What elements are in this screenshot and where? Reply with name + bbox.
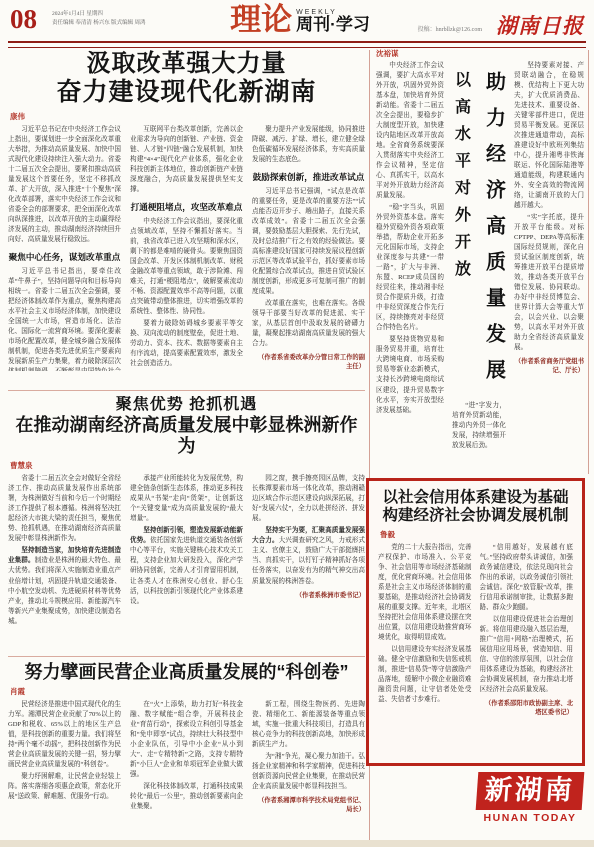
article4-author: 肖霞 — [10, 686, 365, 697]
body-paragraph: 习近平总书记在中央经济工作会议上指出，要谋划进一步全面深化改革重大举措，为推动高… — [8, 125, 121, 245]
article2-headline-column: 以高水平对外开放 助力经济高质量发展 “进”字发力，培育外贸新动能，推动内外贸一… — [452, 61, 506, 469]
body-paragraph: 承接产业所能转化为发展优势，构建全链条创新生态体系，推动更多科技成果从“书架”走… — [130, 474, 243, 524]
body-paragraph: 以信用建设促进社会治理创新。将信用建设融入基层治理，推广“信用+网格”治理模式，… — [480, 615, 574, 695]
body-paragraph: 中央经济工作会议指出，要深化重点领域改革，坚持不懈抓好落实。当前，我省改革已进入… — [130, 217, 243, 317]
body-paragraph: 坚持要素对接、产贸联动融合，在稳规模、优结构上下更大功夫，扩大优质消费品、先进技… — [514, 61, 584, 211]
author-attribution: （作者系株洲市委书记） — [252, 590, 365, 599]
body-paragraph: 深化科技体制改革，打通科技成果转化“最后一公里”，推动创新要素向企业集聚。 — [130, 782, 243, 812]
masthead: 理论 WEEKLY 周刊·学习 — [200, 4, 400, 35]
body-paragraph: 民营经济是推进中国式现代化的生力军。湘潭民营企业贡献了70%以上的GDP和税收、… — [8, 700, 121, 770]
section-divider — [8, 656, 365, 657]
article4-column-1: 民营经济是推进中国式现代化的生力军。湘潭民营企业贡献了70%以上的GDP和税收、… — [8, 700, 121, 838]
submission-email: 投稿：hnrbllzk@126.com — [418, 24, 482, 33]
newspaper-logo: 湖南日报 — [496, 10, 584, 40]
author-attribution: （作者系湘潭市科学技术局党组书记、局长） — [252, 795, 365, 813]
article3-column-3: 园之窗，携手擦亮园区品牌，支持长株潭要素市场一体化改革，推动湘赣边区域合作示范区… — [252, 474, 365, 652]
body-paragraph: 坚持实干为要，汇聚高质量发展强大合力。大兴调查研究之风，力戒形式主义、官僚主义，… — [252, 526, 365, 586]
article3-title-line1: 聚焦优势 抢抓机遇 — [8, 396, 365, 415]
article4-column-2: 在“火”上添柴，助力打好“科技金融、数字赋能”组合拳，开展科技企业“育苗行动”，… — [130, 700, 243, 838]
article-social-credit-boxed: 以社会信用体系建设为基础 构建经济社会协调发展机制 鲁毅 党的二十大报告指出，完… — [366, 478, 585, 766]
article3-title-line2: 在推动湖南经济高质量发展中彰显株洲新作为 — [8, 415, 365, 457]
article1-column-2: 互联网平台类改革创新，完善以企业需求为导向的创新链、产业链、资金链、人才链“四链… — [130, 125, 243, 371]
body-paragraph: 习近平总书记强调，“试点是改革的重要任务，更是改革的重要方法”“试点能否迈开步子… — [252, 187, 365, 297]
body-paragraph: 在“火”上添柴，助力打好“科技金融、数字赋能”组合拳，开展科技企业“育苗行动”，… — [130, 700, 243, 780]
section-divider — [8, 390, 365, 391]
article2-author: 沈裕谋 — [376, 48, 584, 59]
body-paragraph: 聚力纾困解难，让民营企业轻装上阵。落实落细各项惠企政策，常态化开展“送政策、解难… — [8, 772, 121, 802]
page-number: 08 — [10, 6, 37, 33]
article1-author: 康伟 — [10, 111, 365, 122]
section-subhead: 打通梗阻堵点，攻坚改革难点 — [130, 201, 243, 213]
article2-vertical-title: 以高水平对外开放 助力经济高质量发展 — [450, 61, 509, 395]
issue-date: 2024年1月4日 星期四 — [52, 10, 146, 19]
body-paragraph: 省委十二届五次全会对做好全省经济工作、推动高质量发展作出系统部署，为株洲做好当前… — [8, 474, 121, 544]
article-zhuzhou: 聚焦优势 抢抓机遇 在推动湖南经济高质量发展中彰显株洲新作为 曹慧泉 省委十二届… — [8, 396, 365, 652]
body-paragraph: 习近平总书记指出，要牵住改革“牛鼻子”，坚持问题导向和目标导向相统一。省委十二届… — [8, 267, 121, 371]
article-reform-strength: 汲取改革强大力量 奋力建设现代化新湖南 康伟 习近平总书记在中央经济工作会议上指… — [8, 50, 365, 388]
hunan-today-label: HUNAN TODAY — [472, 812, 588, 824]
new-hunan-logo: 新湖南 — [476, 772, 585, 810]
article2-title-part2: 助力经济高质量发展 — [480, 71, 509, 395]
article2-column-left: 中央经济工作会议强调，要扩大高水平对外开放，巩固外贸外资基本盘，加快培育外贸新动… — [376, 61, 444, 469]
author-attribution: （作者系省委改革办分管日常工作的副主任） — [252, 352, 365, 370]
body-paragraph: 改革重在落实，也难在落实。各级领导干部要当好改革的促进派、实干家，从基层首创中汲… — [252, 299, 365, 349]
body-paragraph: “实”字托底，提升开放平台能级。对标CPTPP、DEPA等高标准国际经贸规则，深… — [514, 213, 584, 353]
author-attribution: （作者系省商务厅党组书记、厅长） — [514, 356, 584, 374]
article5-author: 鲁毅 — [380, 529, 573, 540]
body-paragraph: 坚持制造当家，加快培育先进制造业集群。制造业是株洲的最大特色、最大优势。我们将深… — [8, 546, 121, 626]
date-editors-block: 2024年1月4日 星期四 责任编辑 奉清清 杨兴东 版式编辑 周鸿 — [52, 10, 146, 29]
body-paragraph: 要着力破除妨碍城乡要素平等交换、双向流动的制度壁垒，促进土地、劳动力、资本、技术… — [130, 319, 243, 369]
article1-title-line1: 汲取改革强大力量 — [8, 50, 365, 78]
right-edge-rule — [588, 50, 589, 474]
body-paragraph: 园之窗，携手擦亮园区品牌，支持长株潭要素市场一体化改革，推动湘赣边区域合作示范区… — [252, 474, 365, 524]
body-paragraph: 以信用建设夯实经济发展基础。健全守信激励和失信惩戒机制，推进“信易贷”等守信激励… — [378, 645, 472, 705]
body-paragraph: 坚持创新引领，塑造发展新动能新优势。依托国家先进轨道交通装备创新中心等平台，实施… — [130, 526, 243, 606]
article5-title-line1: 以社会信用体系建设为基础 — [378, 489, 573, 507]
article2-column-right: 坚持要素对接、产贸联动融合，在稳规模、优结构上下更大功夫，扩大优质消费品、先进技… — [514, 61, 584, 469]
article3-author: 曹慧泉 — [10, 460, 365, 471]
body-paragraph: 中央经济工作会议强调，要扩大高水平对外开放，巩固外贸外资基本盘，加快培育外贸新动… — [376, 61, 444, 201]
article5-title-line2: 构建经济社会协调发展机制 — [378, 507, 573, 525]
article-opening-up: 沈裕谋 中央经济工作会议强调，要扩大高水平对外开放，巩固外贸外资基本盘，加快培育… — [376, 48, 584, 472]
article1-column-1: 习近平总书记在中央经济工作会议上指出，要谋划进一步全面深化改革重大举措，为推动高… — [8, 125, 121, 371]
body-paragraph: 党的二十大报告指出，完善产权保护、市场准入、公平竞争、社会信用等市场经济基础制度… — [378, 543, 472, 643]
article2-title-part1: 以高水平对外开放 — [450, 71, 473, 395]
body-paragraph: 聚力提升产业发展能级，协同推进降碳、减污、扩绿、增长，建立健全绿色低碳循环发展经… — [252, 125, 365, 165]
body-paragraph: 新工程，围绕生物医药、先进陶瓷、精细化工、新能源装备等重点领域，实施一批重大科技… — [252, 700, 365, 750]
body-paragraph: “稳”字当头，巩固外贸外资基本盘。落实稳外贸稳外资各项政策举措，帮助企业开拓多元… — [376, 203, 444, 333]
section-subhead: 聚焦中心任务，谋划改革重点 — [8, 251, 121, 263]
footer-brand: 新湖南 HUNAN TODAY — [472, 772, 588, 824]
article1-title-line2: 奋力建设现代化新湖南 — [8, 78, 365, 108]
article2-column-mid: “进”字发力，培育外贸新动能，推动内外贸一体化发展，持续增强开放发展后劲。 — [452, 401, 506, 453]
editors-line: 责任编辑 奉清清 杨兴东 版式编辑 周鸿 — [52, 19, 146, 28]
article3-column-2: 承接产业所能转化为发展优势，构建全链条创新生态体系，推动更多科技成果从“书架”走… — [130, 474, 243, 652]
body-paragraph: 要坚持货物贸易和服务贸易并重，培育壮大跨境电商、市场采购贸易等新业态新模式，支持… — [376, 335, 444, 415]
section-subhead: 鼓励探索创新，推进改革试点 — [252, 171, 365, 183]
article-private-enterprise: 努力擘画民营企业高质量发展的“科创卷” 肖霞 民营经济是推进中国式现代化的生力军… — [8, 662, 365, 842]
body-paragraph: 为“湘”争光，凝心聚力加油干。弘扬企业家精神和科学家精神，促进科技创新资源向民营… — [252, 752, 365, 792]
article5-column-1: 党的二十大报告指出，完善产权保护、市场准入、公平竞争、社会信用等市场经济基础制度… — [378, 543, 472, 751]
article4-title: 努力擘画民营企业高质量发展的“科创卷” — [8, 662, 365, 683]
body-paragraph: “信用越好，发展越有底气。”坚持政府带头讲诚信，加强政务诚信建设，依法兑现向社会… — [480, 543, 574, 613]
body-paragraph: “进”字发力，培育外贸新动能，推动内外贸一体化发展，持续增强开放发展后劲。 — [452, 401, 506, 451]
article5-column-2: “信用越好，发展越有底气。”坚持政府带头讲诚信，加强政务诚信建设，依法兑现向社会… — [480, 543, 574, 751]
author-attribution: （作者系邵阳市政协副主席、北塔区委书记） — [480, 698, 574, 716]
masthead-subtitle: 周刊·学习 — [296, 16, 370, 35]
header-rule — [8, 41, 586, 48]
page-bottom-strip — [0, 840, 594, 847]
masthead-title: 理论 — [230, 4, 292, 35]
article4-column-3: 新工程，围绕生物医药、先进陶瓷、精细化工、新能源装备等重点领域，实施一批重大科技… — [252, 700, 365, 838]
article1-column-3: 聚力提升产业发展能级，协同推进降碳、减污、扩绿、增长，建立健全绿色低碳循环发展经… — [252, 125, 365, 371]
body-paragraph: 互联网平台类改革创新，完善以企业需求为导向的创新链、产业链、资金链、人才链“四链… — [130, 125, 243, 195]
article3-column-1: 省委十二届五次全会对做好全省经济工作、推动高质量发展作出系统部署，为株洲做好当前… — [8, 474, 121, 652]
